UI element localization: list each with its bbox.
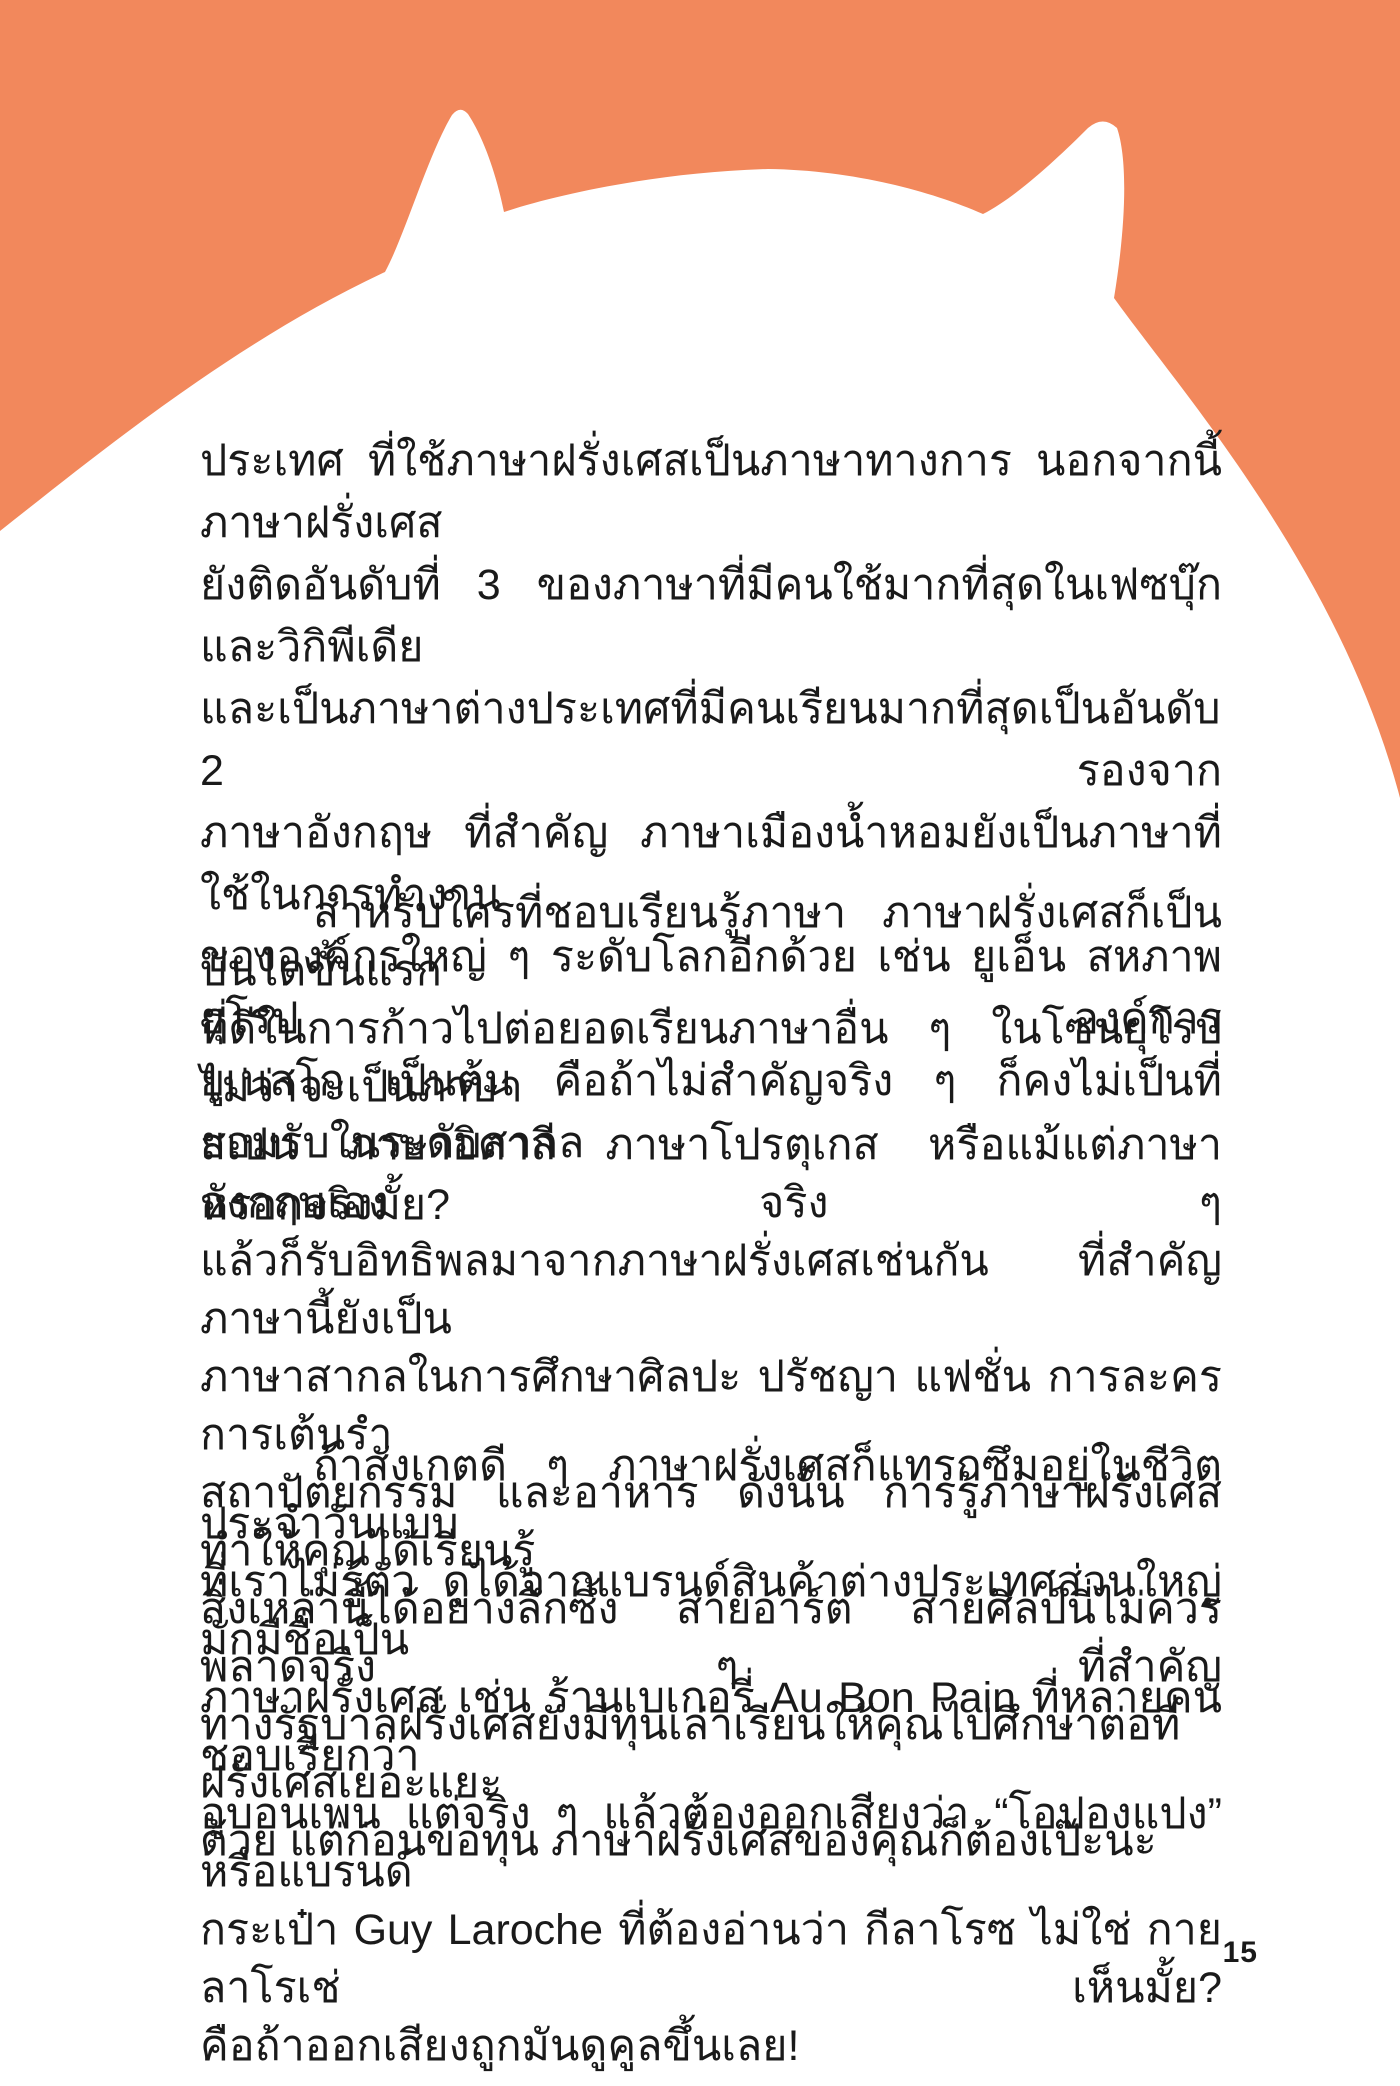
paragraph-3: ถ้าสังเกตดี ๆ ภาษาฝรั่งเศสก็แทรกซึมอยู่ใ… <box>200 1437 1222 2075</box>
book-page: ประเทศ ที่ใช้ภาษาฝรั่งเศสเป็นภาษาทางการ … <box>0 0 1400 2086</box>
text-line: แล้วก็รับอิทธิพลมาจากภาษาฝรั่งเศสเช่นกัน… <box>200 1232 1222 1348</box>
text-line: ถ้าสังเกตดี ๆ ภาษาฝรั่งเศสก็แทรกซึมอยู่ใ… <box>200 1437 1222 1553</box>
text-line: ที่เราไม่รู้ตัว ดูได้จากแบรนด์สินค้าต่าง… <box>200 1553 1222 1669</box>
text-line: ประเทศ ที่ใช้ภาษาฝรั่งเศสเป็นภาษาทางการ … <box>200 430 1222 554</box>
text-line: คือถ้าออกเสียงถูกมันดูคูลขึ้นเลย! <box>200 2017 1222 2075</box>
text-line: อูบอนเพน แต่จริง ๆ แล้วต้องออกเสียงว่า “… <box>200 1785 1222 1901</box>
text-line: ภาษาฝรั่งเศส เช่น ร้านเบเกอรี่ Au Bon Pa… <box>200 1669 1222 1785</box>
text-line: ยังติดอันดับที่ 3 ของภาษาที่มีคนใช้มากที… <box>200 554 1222 678</box>
text-line: สำหรับใครที่ชอบเรียนรู้ภาษา ภาษาฝรั่งเศส… <box>200 884 1222 1000</box>
text-line: สเปน ภาษาอิตาลี ภาษาโปรตุเกส หรือแม้แต่ภ… <box>200 1116 1222 1232</box>
text-line: และเป็นภาษาต่างประเทศที่มีคนเรียนมากที่ส… <box>200 678 1222 802</box>
text-line: กระเป๋า Guy Laroche ที่ต้องอ่านว่า กีลาโ… <box>200 1901 1222 2017</box>
page-number: 15 <box>1214 1936 1258 1970</box>
text-line: ที่ดีในการก้าวไปต่อยอดเรียนภาษาอื่น ๆ ใน… <box>200 1000 1222 1116</box>
